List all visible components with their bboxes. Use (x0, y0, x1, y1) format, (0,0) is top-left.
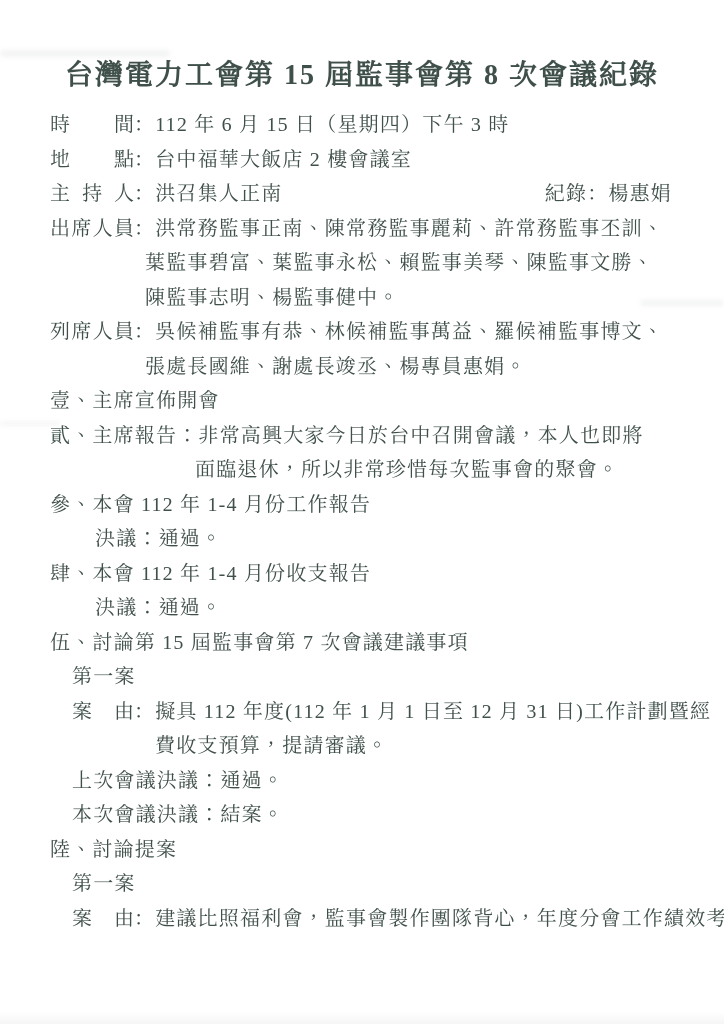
scanned-document-page: 台灣電力工會第 15 屆監事會第 8 次會議紀錄 時間：112 年 6 月 15… (0, 0, 724, 1024)
time-colon: ： (134, 108, 155, 143)
observers-colon: ： (134, 315, 155, 350)
recorder-label: 紀錄 (545, 183, 587, 205)
time-value: 112 年 6 月 15 日（星期四）下午 3 時 (155, 114, 509, 136)
time-label: 時間 (50, 108, 134, 143)
section-6-case-row: 案由：建議比照福利會，監事會製作團隊背心，年度分會工作績效考 (72, 902, 684, 937)
attendees-line-3: 陳監事志明、楊監事健中。 (145, 281, 684, 316)
section-2-continuation: 面臨退休，所以非常珍惜每次監事會的聚會。 (195, 453, 684, 488)
section-5-case-label: 案由 (72, 695, 134, 730)
attendees-label: 出席人員 (50, 212, 134, 247)
section-5-case-colon: ： (134, 695, 155, 730)
section-6-heading: 陸、討論提案 (50, 833, 684, 868)
section-4-heading: 肆、本會 112 年 1-4 月份收支報告 (50, 557, 684, 592)
section-1-heading: 壹、主席宣佈開會 (50, 384, 684, 419)
chair-colon: ： (134, 177, 155, 212)
section-6-case-colon: ： (134, 902, 155, 937)
meta-chair-row: 主持人：洪召集人正南 紀錄：楊惠娟 (50, 177, 684, 212)
chair-group: 主持人：洪召集人正南 (50, 177, 282, 212)
chair-label: 主持人 (50, 177, 134, 212)
attendees-row: 出席人員：洪常務監事正南、陳常務監事麗莉、許常務監事丕訓、 (50, 212, 684, 247)
section-5-previous-resolution: 上次會議決議：通過。 (72, 764, 684, 799)
attendees-line-1: 洪常務監事正南、陳常務監事麗莉、許常務監事丕訓、 (155, 218, 664, 240)
meta-place-row: 地點：台中福華大飯店 2 樓會議室 (50, 143, 684, 178)
observers-label: 列席人員 (50, 315, 134, 350)
section-6-case-title: 第一案 (72, 867, 684, 902)
meta-time-row: 時間：112 年 6 月 15 日（星期四）下午 3 時 (50, 108, 684, 143)
section-5-case-line-1: 擬具 112 年度(112 年 1 月 1 日至 12 月 31 日)工作計劃暨… (155, 701, 711, 723)
recorder-group: 紀錄：楊惠娟 (545, 177, 672, 212)
scan-bottom-shade (0, 1012, 724, 1024)
section-3-resolution: 決議：通過。 (95, 522, 684, 557)
section-4-resolution: 決議：通過。 (95, 591, 684, 626)
place-colon: ： (134, 143, 155, 178)
observers-line-2: 張處長國維、謝處長竣丞、楊專員惠娟。 (145, 350, 684, 385)
section-5-current-resolution: 本次會議決議：結案。 (72, 798, 684, 833)
document-title: 台灣電力工會第 15 屆監事會第 8 次會議紀錄 (50, 54, 674, 98)
chair-value: 洪召集人正南 (155, 183, 282, 205)
attendees-line-2: 葉監事碧富、葉監事永松、賴監事美琴、陳監事文勝、 (145, 246, 684, 281)
recorder-colon: ： (587, 177, 608, 212)
section-5-case-line-2: 費收支預算，提請審議。 (155, 729, 684, 764)
observers-row: 列席人員：吳候補監事有恭、林候補監事萬益、羅候補監事博文、 (50, 315, 684, 350)
section-2-heading: 貳、主席報告：非常高興大家今日於台中召開會議，本人也即將 (50, 419, 684, 454)
recorder-value: 楊惠娟 (608, 183, 672, 205)
place-value: 台中福華大飯店 2 樓會議室 (155, 149, 412, 171)
section-5-heading: 伍、討論第 15 屆監事會第 7 次會議建議事項 (50, 626, 684, 661)
section-5-case-title: 第一案 (72, 660, 684, 695)
place-label: 地點 (50, 143, 134, 178)
section-6-case-label: 案由 (72, 902, 134, 937)
section-5-case-row: 案由：擬具 112 年度(112 年 1 月 1 日至 12 月 31 日)工作… (72, 695, 684, 730)
attendees-colon: ： (134, 212, 155, 247)
document-content: 台灣電力工會第 15 屆監事會第 8 次會議紀錄 時間：112 年 6 月 15… (0, 0, 724, 936)
observers-line-1: 吳候補監事有恭、林候補監事萬益、羅候補監事博文、 (155, 321, 664, 343)
section-6-case-line-1: 建議比照福利會，監事會製作團隊背心，年度分會工作績效考 (155, 908, 724, 930)
section-3-heading: 參、本會 112 年 1-4 月份工作報告 (50, 488, 684, 523)
